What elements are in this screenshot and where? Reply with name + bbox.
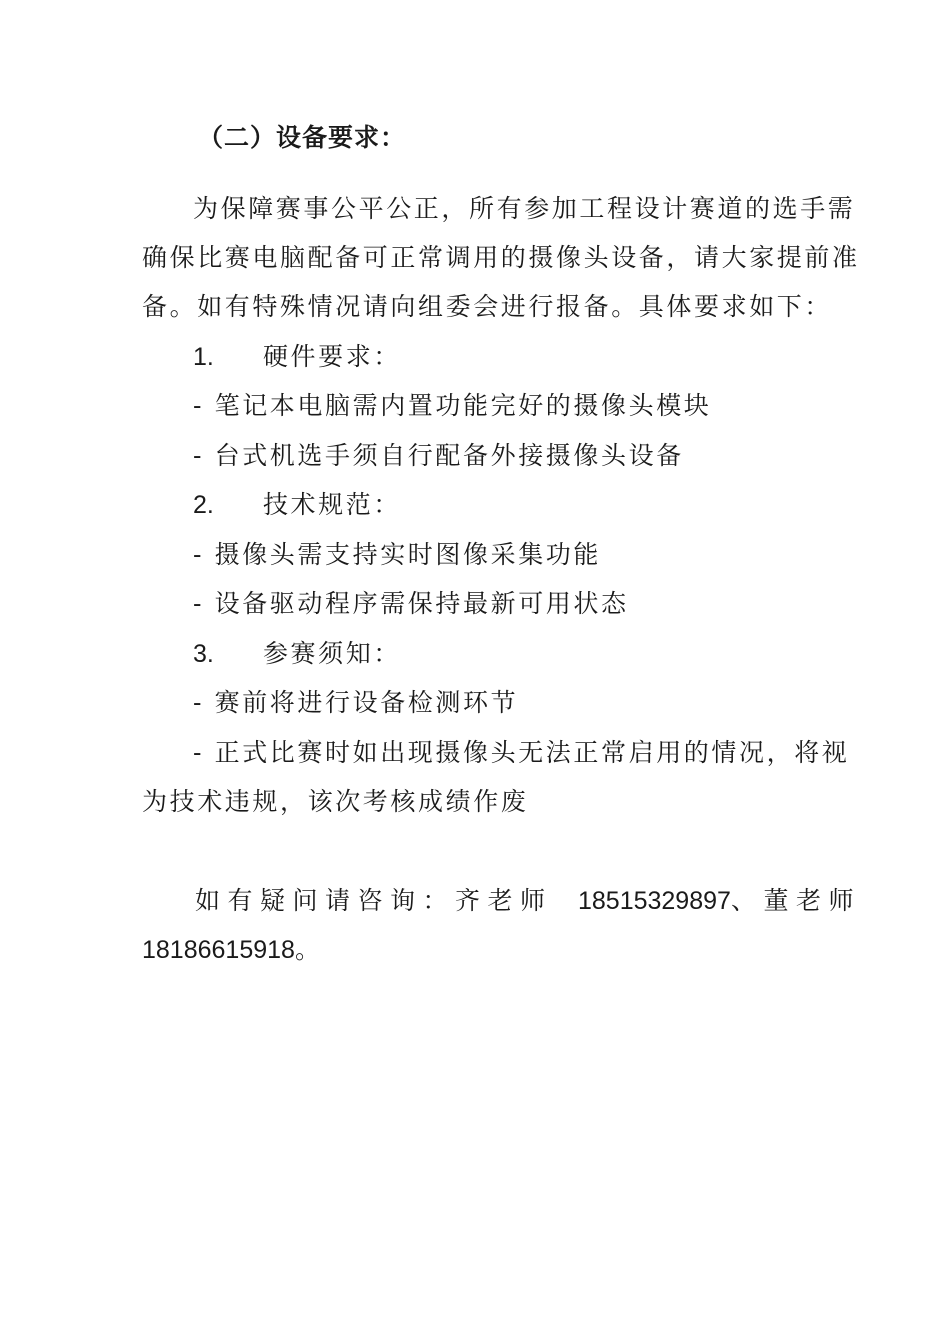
requirement-3-item-1: - 赛前将进行设备检测环节	[193, 688, 853, 718]
contact-line-2: 18186615918。	[142, 935, 802, 965]
document-page: （二）设备要求： 为保障赛事公平公正，所有参加工程设计赛道的选手需 确保比赛电脑…	[0, 0, 945, 1336]
intro-line-1: 为保障赛事公平公正，所有参加工程设计赛道的选手需	[193, 194, 803, 224]
requirement-3-header: 3. 参赛须知：	[193, 639, 853, 669]
contact-phone-2: 18186615918	[142, 936, 295, 964]
requirement-2-header: 2. 技术规范：	[193, 490, 853, 520]
requirement-1-item-2: - 台式机选手须自行配备外接摄像头设备	[193, 441, 853, 471]
section-heading: （二）设备要求：	[198, 123, 858, 153]
requirement-number: 2.	[193, 491, 214, 519]
contact-person-1: 齐老师	[455, 886, 553, 915]
requirement-3-item-2: - 正式比赛时如出现摄像头无法正常启用的情况，将视	[193, 738, 803, 768]
contact-end: 。	[295, 935, 323, 964]
requirement-3-item-2-cont: 为技术违规，该次考核成绩作废	[142, 787, 802, 817]
intro-line-2: 确保比赛电脑配备可正常调用的摄像头设备，请大家提前准	[142, 243, 802, 273]
requirement-number: 3.	[193, 640, 214, 668]
contact-label: 如有疑问请咨询：	[195, 886, 455, 915]
requirement-1-item-1: - 笔记本电脑需内置功能完好的摄像头模块	[193, 391, 853, 421]
requirement-title: 技术规范：	[263, 490, 401, 519]
contact-separator: 、	[731, 886, 764, 915]
requirement-number: 1.	[193, 343, 214, 371]
requirement-title: 硬件要求：	[263, 342, 401, 371]
contact-person-2: 董老师	[763, 886, 861, 915]
contact-phone-1: 18515329897	[578, 887, 731, 915]
requirement-2-item-1: - 摄像头需支持实时图像采集功能	[193, 540, 853, 570]
intro-line-3: 备。如有特殊情况请向组委会进行报备。具体要求如下：	[142, 292, 802, 322]
requirement-2-item-2: - 设备驱动程序需保持最新可用状态	[193, 589, 853, 619]
requirement-1-header: 1. 硬件要求：	[193, 342, 853, 372]
contact-line-1: 如有疑问请咨询：齐老师 18515329897、董老师	[195, 886, 805, 916]
requirement-title: 参赛须知：	[263, 639, 401, 668]
